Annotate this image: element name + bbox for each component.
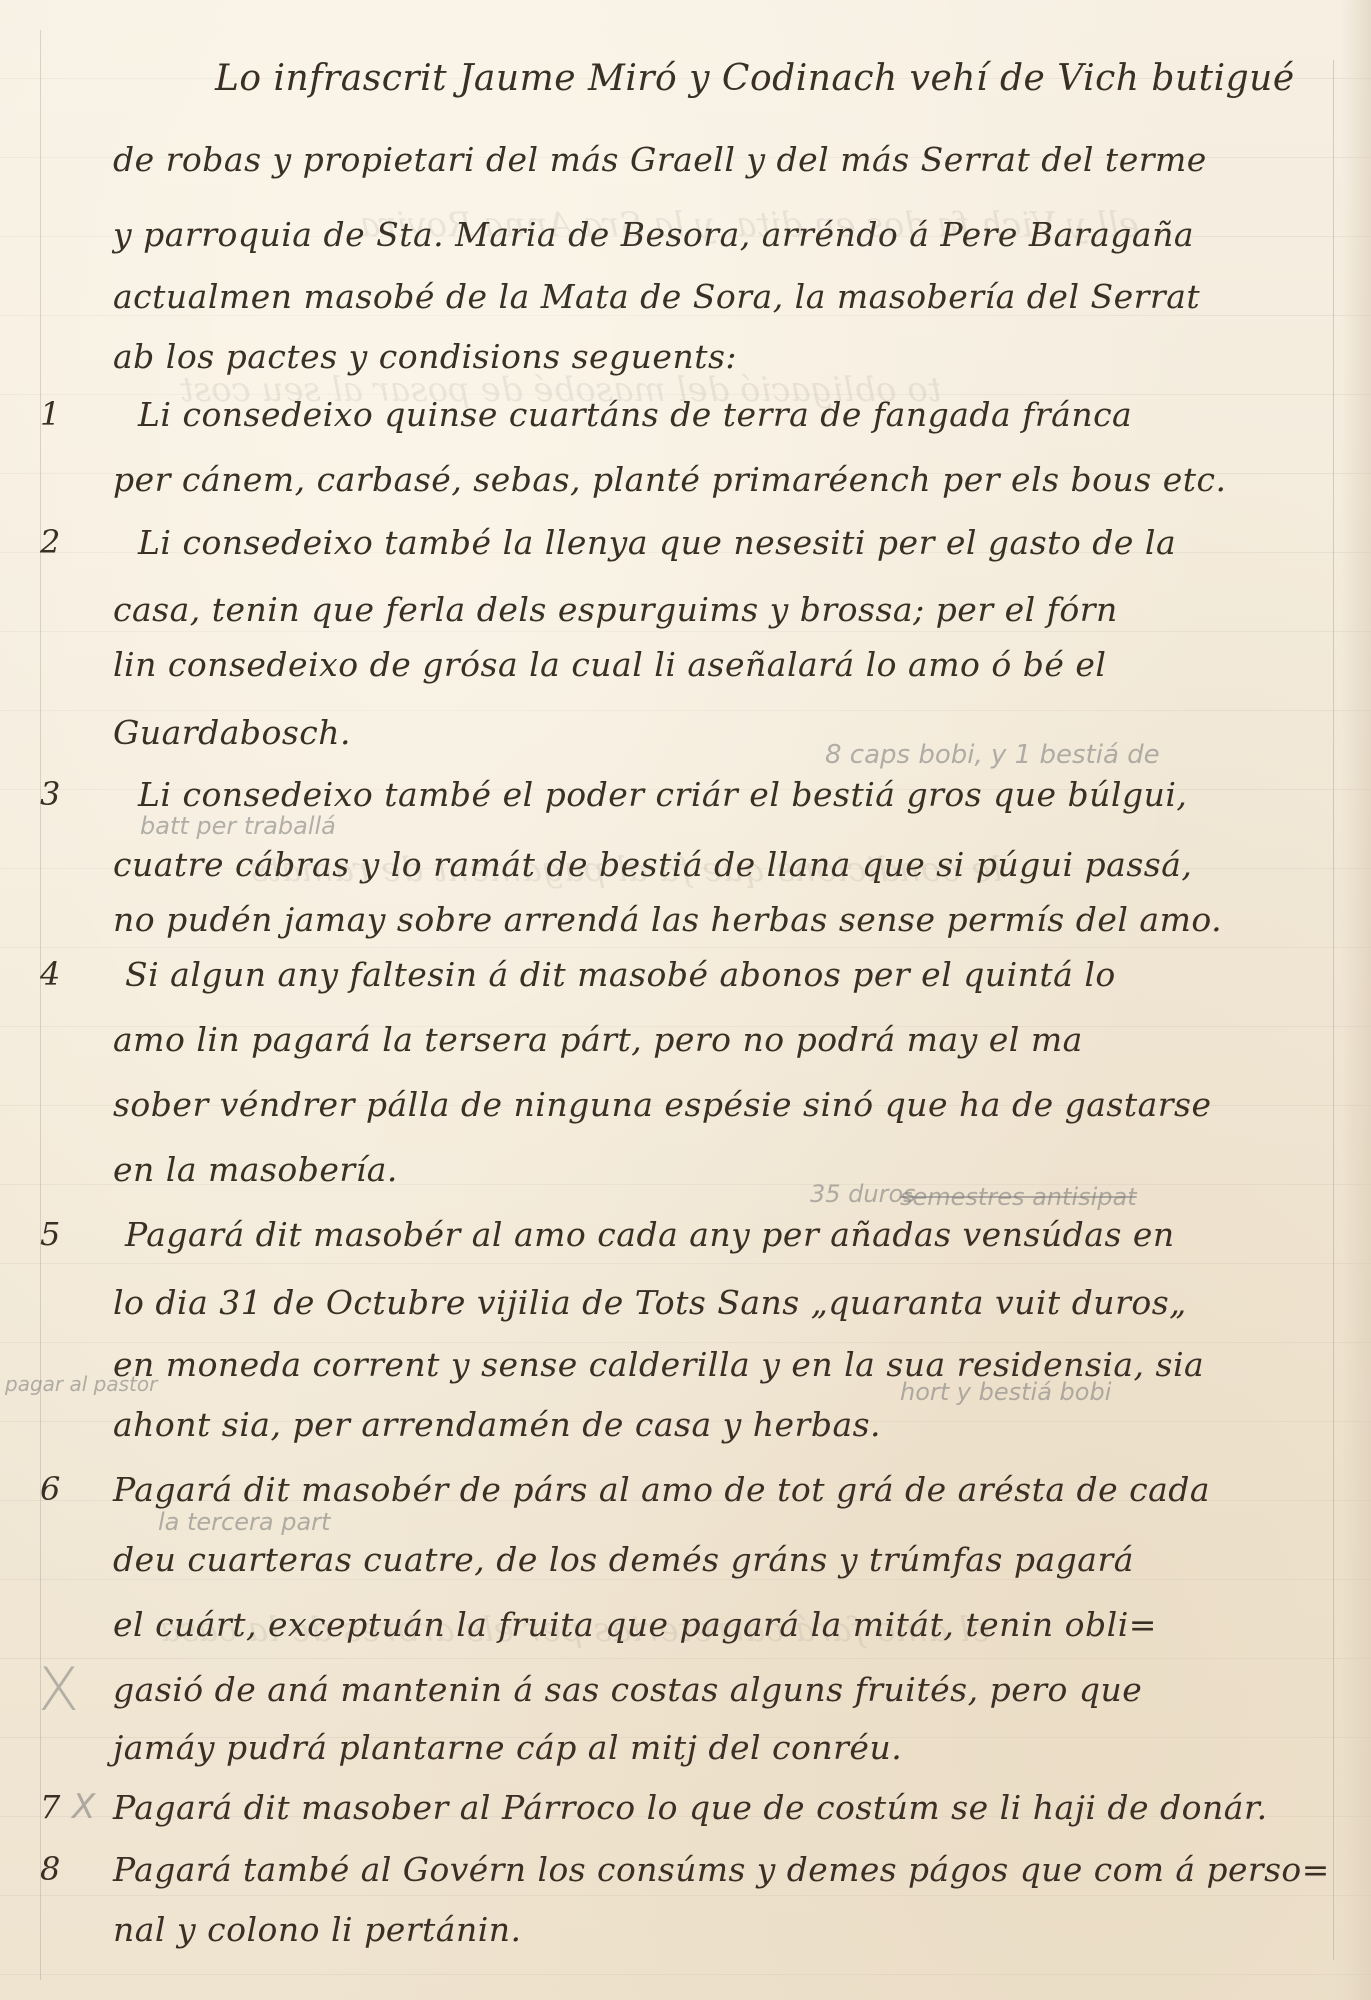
preamble-line: de robas y propietari del más Graell y d…: [0, 140, 1371, 200]
clause-number: 4: [40, 955, 80, 993]
clause-text: Pagará també al Govérn los consúms y dem…: [113, 1850, 1330, 1889]
clause-1: 1 Li consedeixo quinse cuartáns de terra…: [0, 395, 1371, 455]
clause-text: gasió de aná mantenin á sas costas algun…: [113, 1670, 1142, 1709]
clause-8: 8 Pagará també al Govérn los consúms y d…: [0, 1850, 1371, 1910]
preamble-text: Lo infrascrit Jaume Miró y Codinach vehí…: [215, 58, 1295, 99]
clause-5: 5 Pagará dit masobér al amo cada any per…: [0, 1215, 1371, 1275]
clause-number: 2: [40, 523, 80, 561]
preamble-text: y parroquia de Sta. Maria de Besora, arr…: [113, 215, 1194, 254]
clause-text: lo dia 31 de Octubre vijilia de Tots San…: [113, 1283, 1187, 1322]
preamble-line: actualmen masobé de la Mata de Sora, la …: [0, 277, 1371, 337]
clause-text: casa, tenin que ferla dels espurguims y …: [113, 590, 1118, 629]
clause-text: Pagará dit masobér de párs al amo de tot…: [113, 1470, 1210, 1509]
clause-text: lin consedeixo de grósa la cual li aseña…: [113, 645, 1106, 684]
clause-8-cont: nal y colono li pertánin.: [0, 1910, 1371, 1970]
pencil-annotation: pagar al pastor: [5, 1372, 157, 1396]
clause-3-cont: cuatre cábras y lo ramát de bestiá de ll…: [0, 845, 1371, 905]
clause-text: Si algun any faltesin á dit masobé abono…: [125, 955, 1116, 994]
clause-1-cont: per cánem, carbasé, sebas, planté primar…: [0, 460, 1371, 520]
clause-4: 4 Si algun any faltesin á dit masobé abo…: [0, 955, 1371, 1015]
clause-text: Pagará dit masobér al amo cada any per a…: [125, 1215, 1175, 1254]
clause-4-cont: en la masobería.: [0, 1150, 1371, 1210]
clause-text: Guardabosch.: [113, 713, 351, 752]
clause-text: ahont sia, per arrendamén de casa y herb…: [113, 1405, 881, 1444]
preamble-text: actualmen masobé de la Mata de Sora, la …: [113, 277, 1200, 316]
pencil-annotation: semestres antisipat: [900, 1183, 1137, 1211]
preamble-text: ab los pactes y condisions seguents:: [113, 337, 737, 376]
clause-text: amo lin pagará la tersera párt, pero no …: [113, 1020, 1083, 1059]
clause-text: per cánem, carbasé, sebas, planté primar…: [113, 460, 1226, 499]
clause-text: sober véndrer pálla de ninguna espésie s…: [113, 1085, 1212, 1124]
clause-2-cont: casa, tenin que ferla dels espurguims y …: [0, 590, 1371, 650]
clause-text: nal y colono li pertánin.: [113, 1910, 522, 1949]
clause-text: Li consedeixo també el poder criár el be…: [138, 775, 1187, 814]
clause-text: no pudén jamay sobre arrendá las herbas …: [113, 900, 1222, 939]
preamble-line: y parroquia de Sta. Maria de Besora, arr…: [0, 215, 1371, 275]
clause-5-cont: en moneda corrent y sense calderilla y e…: [0, 1345, 1371, 1405]
preamble-line: Lo infrascrit Jaume Miró y Codinach vehí…: [0, 58, 1371, 118]
clause-number: 8: [40, 1850, 80, 1888]
pencil-annotation: la tercera part: [158, 1508, 330, 1536]
clause-text: Li consedeixo quinse cuartáns de terra d…: [138, 395, 1132, 434]
clause-6-cont: gasió de aná mantenin á sas costas algun…: [0, 1670, 1371, 1730]
clause-2: 2 Li consedeixo també la llenya que nese…: [0, 523, 1371, 583]
pencil-annotation: 8 caps bobi, y 1 bestiá de: [825, 740, 1160, 770]
clause-text: jamáy pudrá plantarne cáp al mitj del co…: [113, 1728, 902, 1767]
clause-text: en la masobería.: [113, 1150, 398, 1189]
clause-text: Li consedeixo també la llenya que nesesi…: [138, 523, 1176, 562]
clause-7: 7 Pagará dit masober al Párroco lo que d…: [0, 1788, 1371, 1848]
clause-5-cont: lo dia 31 de Octubre vijilia de Tots San…: [0, 1283, 1371, 1343]
clause-number: 6: [40, 1470, 80, 1508]
clause-number: 3: [40, 775, 80, 813]
clause-6-cont: el cuárt, exceptuán la fruita que pagará…: [0, 1605, 1371, 1665]
preamble-text: de robas y propietari del más Graell y d…: [113, 140, 1207, 179]
clause-number: 5: [40, 1215, 80, 1253]
clause-6-cont: deu cuarteras cuatre, de los demés gráns…: [0, 1540, 1371, 1600]
clause-3-cont: no pudén jamay sobre arrendá las herbas …: [0, 900, 1371, 960]
pencil-annotation: hort y bestiá bobi: [900, 1378, 1111, 1406]
clause-text: Pagará dit masober al Párroco lo que de …: [113, 1788, 1268, 1827]
clause-text: deu cuarteras cuatre, de los demés gráns…: [113, 1540, 1134, 1579]
preamble-line: ab los pactes y condisions seguents:: [0, 337, 1371, 397]
clause-2-cont: lin consedeixo de grósa la cual li aseña…: [0, 645, 1371, 705]
clause-4-cont: sober véndrer pálla de ninguna espésie s…: [0, 1085, 1371, 1145]
clause-text: el cuárt, exceptuán la fruita que pagará…: [113, 1605, 1157, 1644]
pencil-annotation: batt per traballá: [140, 812, 336, 840]
clause-6-cont: jamáy pudrá plantarne cáp al mitj del co…: [0, 1728, 1371, 1788]
clause-text: cuatre cábras y lo ramát de bestiá de ll…: [113, 845, 1192, 884]
clause-number: 1: [40, 395, 80, 433]
clause-5-cont: ahont sia, per arrendamén de casa y herb…: [0, 1405, 1371, 1465]
pencil-x-mark: X: [72, 1787, 95, 1827]
clause-4-cont: amo lin pagará la tersera párt, pero no …: [0, 1020, 1371, 1080]
clause-2-cont: Guardabosch.: [0, 713, 1371, 773]
manuscript-page: ell y Vich fa dos en dita, y la Sra Anna…: [0, 0, 1371, 2000]
